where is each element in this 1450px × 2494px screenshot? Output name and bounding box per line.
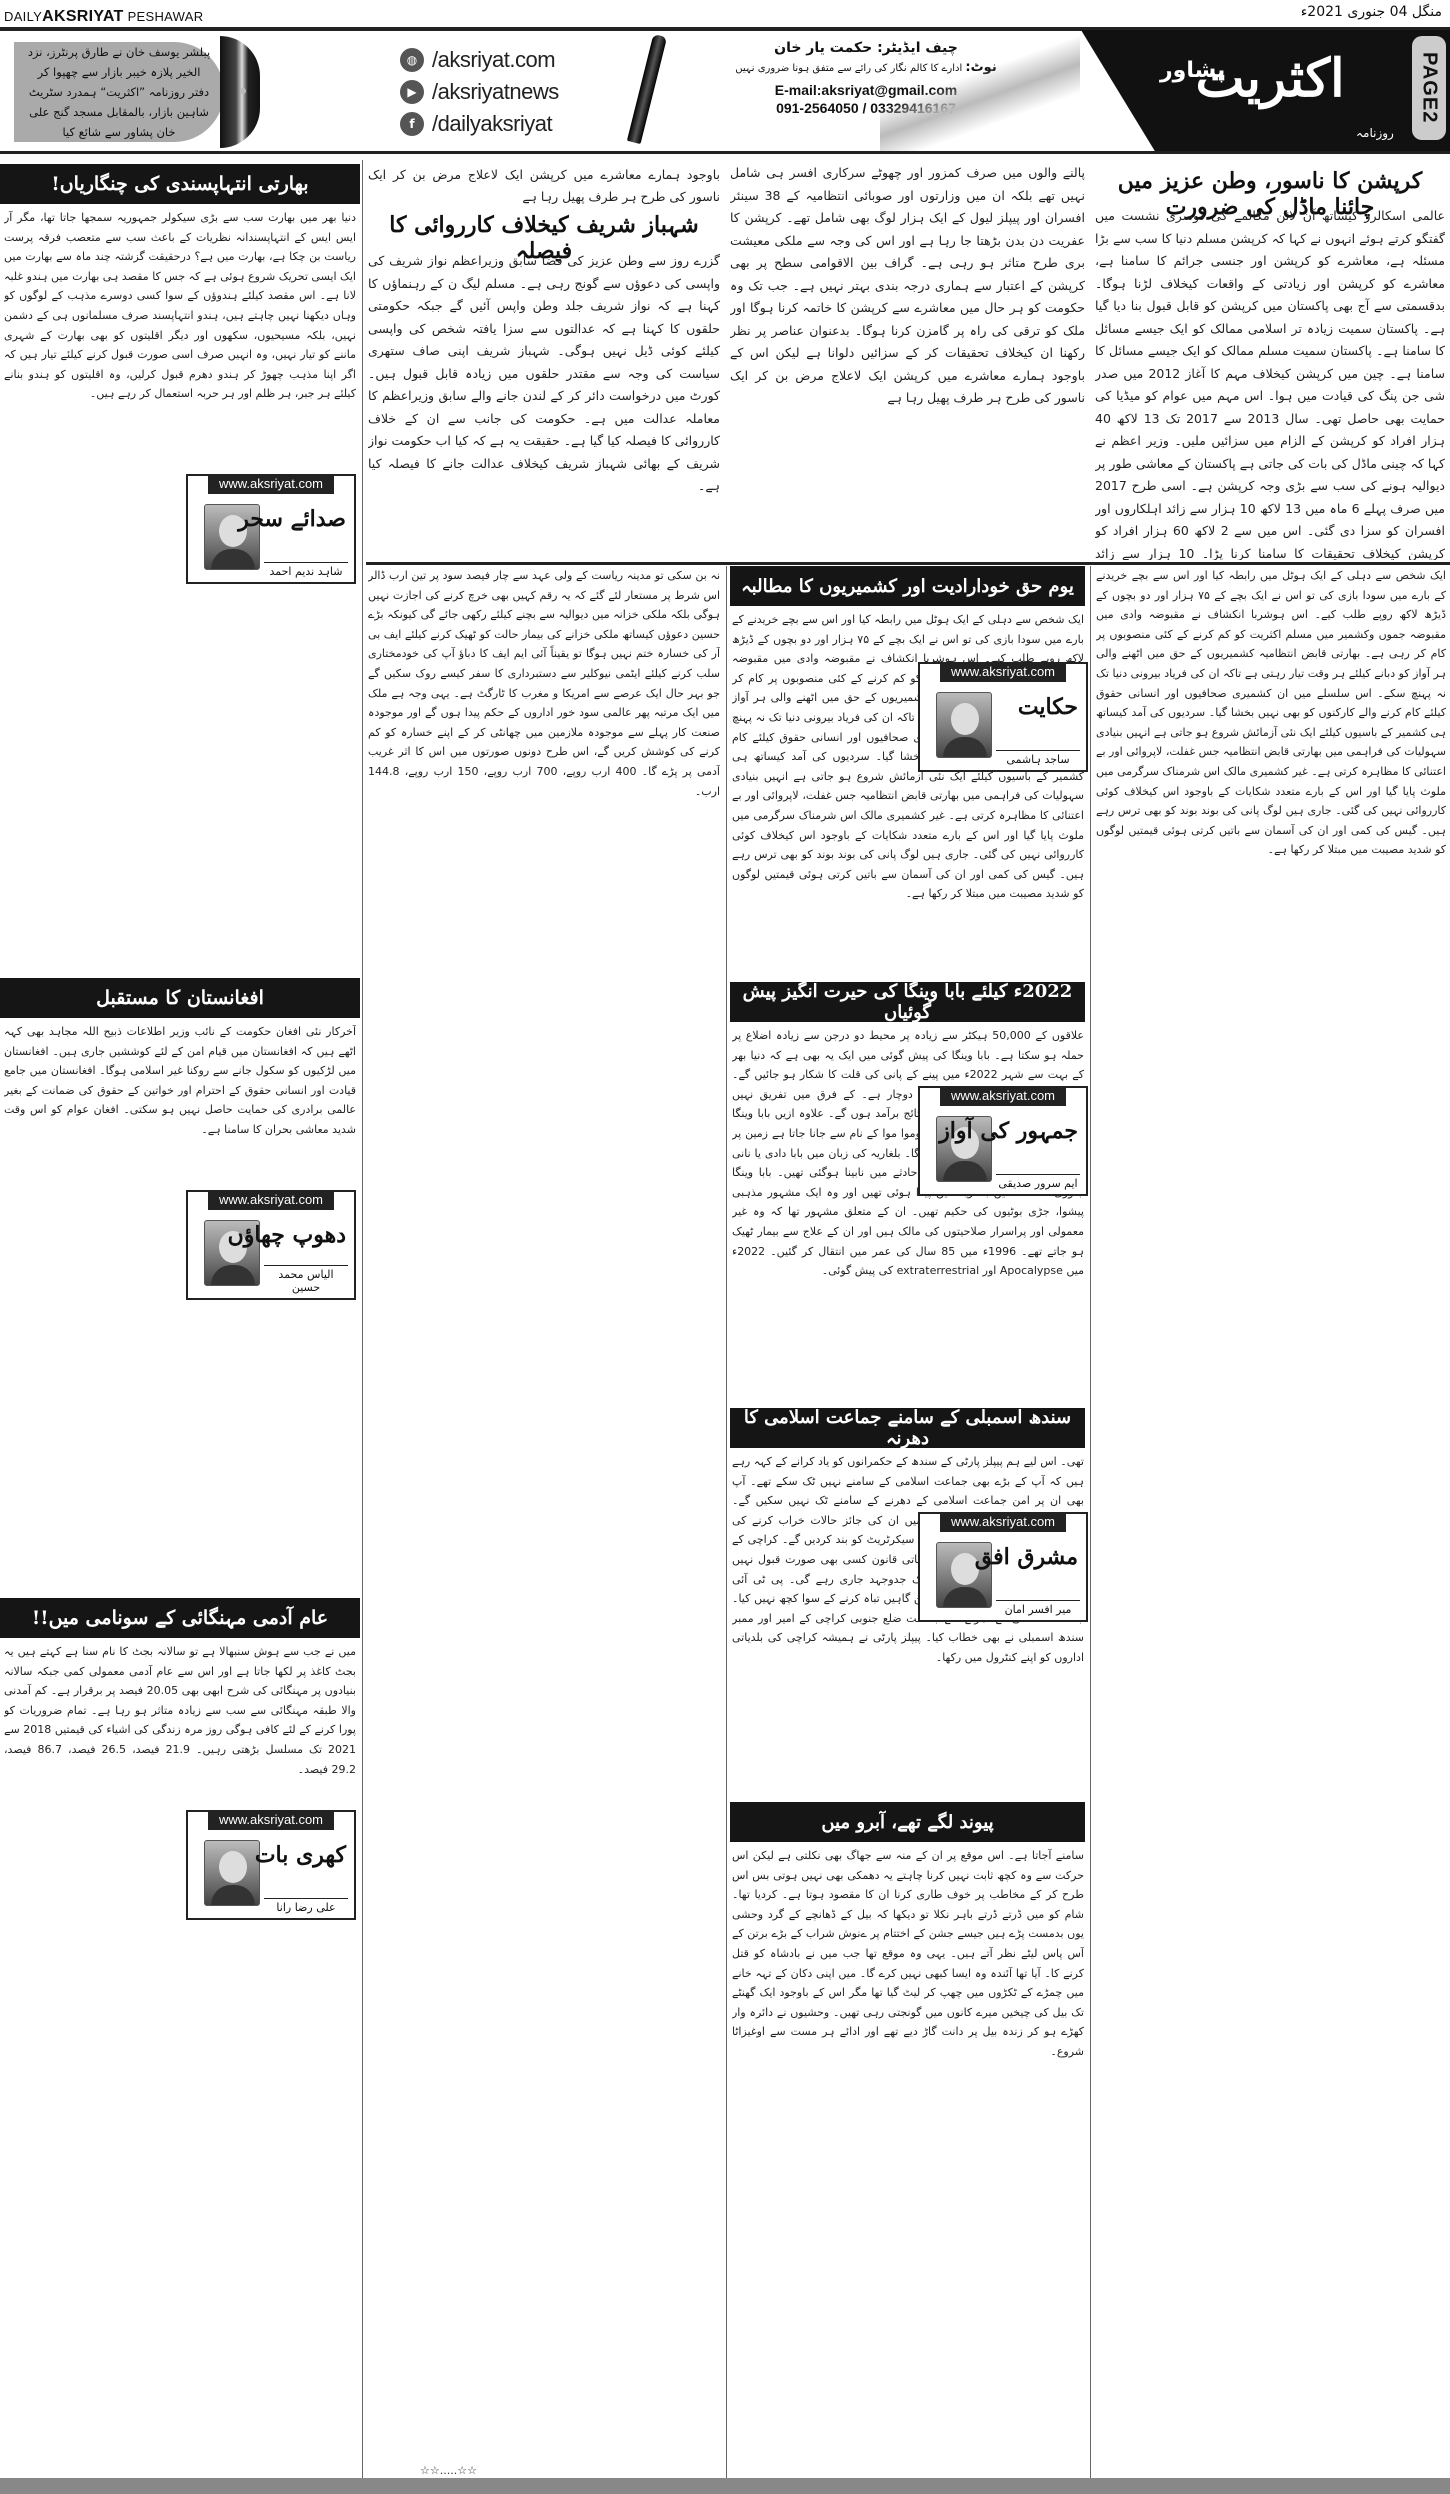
inflation-body: میں نے جب سے ہوش سنبھالا ہے تو سالانہ بج… bbox=[4, 1642, 356, 2476]
section-divider bbox=[366, 562, 1450, 565]
columnist-box-baba-vanga: www.aksriyat.com جمہور کی آواز ایم سرور … bbox=[918, 1086, 1088, 1196]
columnist-photo bbox=[936, 692, 992, 758]
end-mark: ☆☆.....☆☆ bbox=[420, 2464, 477, 2477]
disc-decoration bbox=[220, 36, 260, 148]
brand-city: پشاور bbox=[1160, 58, 1225, 83]
columnist-url: www.aksriyat.com bbox=[940, 1512, 1066, 1532]
columnist-box-inflation: www.aksriyat.com کھری بات علی رضا رانا bbox=[186, 1810, 356, 1920]
bottom-band bbox=[0, 2478, 1450, 2494]
social-link-youtube[interactable]: ▶ /aksriyatnews bbox=[400, 76, 600, 108]
columnist-photo bbox=[204, 1840, 260, 1906]
column-name: کھری بات bbox=[255, 1842, 346, 1868]
issue-date: منگل 04 جنوری 2021ء bbox=[1301, 4, 1442, 20]
patches-body: سامنے آجاتا ہے۔ اس موقع پر ان کے منہ سے … bbox=[732, 1846, 1084, 2476]
social-link-facebook[interactable]: f /dailyaksriyat bbox=[400, 108, 600, 140]
columnist-url: www.aksriyat.com bbox=[208, 474, 334, 494]
editorial-column-1: عالمی اسکالرز کیساتھ آن لائن مکالمے کی د… bbox=[1095, 205, 1445, 560]
columnist-author: الیاس محمد حسین bbox=[264, 1265, 348, 1294]
right-continuation-body: ایک شخص سے دہلی کے ایک ہوٹل میں رابطہ کی… bbox=[1096, 566, 1446, 2476]
editorial-column-2: پالنے والوں میں صرف کمزور اور چھوٹے سرکا… bbox=[730, 162, 1085, 560]
masthead-brand: AKSRIYAT bbox=[42, 8, 124, 25]
columnist-author: شاہد ندیم احمد bbox=[264, 562, 348, 578]
column-divider bbox=[362, 160, 363, 2478]
column-divider bbox=[1090, 566, 1091, 2478]
shahbaz-body: گزرے روز سے وطن عزیز کی فضا سابق وزیراعظ… bbox=[368, 250, 720, 558]
section-headline-baba-vanga: 2022ء کیلئے بابا وینگا کی حیرت انگیز پیش… bbox=[730, 982, 1085, 1022]
brand-daily: روزنامہ bbox=[1356, 126, 1394, 140]
sindh-body: تھی۔ اس لیے ہم پیپلز پارٹی کے سندھ کے حک… bbox=[732, 1452, 1084, 1792]
social-link-website[interactable]: ◍ /aksriyat.com bbox=[400, 44, 600, 76]
social-links: ◍ /aksriyat.com ▶ /aksriyatnews f /daily… bbox=[400, 44, 600, 140]
section-headline-indian-extremism: بھارتی انتہاپسندی کی چنگاریاں! bbox=[0, 164, 360, 204]
column-divider bbox=[726, 566, 727, 2478]
section-headline-sindh: سندھ اسمبلی کے سامنے جماعت اسلامی کا دھر… bbox=[730, 1408, 1085, 1448]
editorial-column-3: باوجود ہمارے معاشرے میں کرپشن ایک لاعلاج… bbox=[368, 164, 720, 208]
imf-body: نہ بن سکی تو مدینہ ریاست کے ولی عہد سے چ… bbox=[368, 566, 720, 2416]
top-bar: DAILYAKSRIYAT PESHAWAR منگل 04 جنوری 202… bbox=[0, 0, 1450, 28]
column-name: صدائے سحر bbox=[238, 506, 346, 532]
columnist-box-sindh: www.aksriyat.com مشرق افق میر افسر امان bbox=[918, 1512, 1088, 1622]
brand-swoosh bbox=[880, 30, 1080, 151]
column-name: جمہور کی آواز bbox=[939, 1118, 1078, 1144]
columnist-author: علی رضا رانا bbox=[264, 1898, 348, 1914]
newspaper-header: پبلشر یوسف خان نے طارق پرنٹرز، نزد الخیر… bbox=[0, 30, 1450, 154]
columnist-url: www.aksriyat.com bbox=[208, 1810, 334, 1830]
column-name: دھوپ چھاؤں bbox=[228, 1222, 346, 1248]
globe-icon: ◍ bbox=[400, 48, 424, 72]
section-headline-afghanistan: افغانستان کا مستقبل bbox=[0, 978, 360, 1018]
column-name: مشرق افق bbox=[975, 1544, 1078, 1570]
section-headline-patches: پیوند لگے تھے، آبرو میں bbox=[730, 1802, 1085, 1842]
column-name: حکایت bbox=[1018, 694, 1078, 720]
columnist-box-kashmir: www.aksriyat.com حکایت ساجد ہاشمی bbox=[918, 662, 1088, 772]
columnist-box-indian-extremism: www.aksriyat.com صدائے سحر شاہد ندیم احم… bbox=[186, 474, 356, 584]
publisher-note: پبلشر یوسف خان نے طارق پرنٹرز، نزد الخیر… bbox=[14, 42, 224, 142]
baba-vanga-body: علاقوں کے 50,000 ہیکٹر سے زیادہ پر محیط … bbox=[732, 1026, 1084, 1396]
columnist-url: www.aksriyat.com bbox=[208, 1190, 334, 1210]
columnist-box-afghanistan: www.aksriyat.com دھوپ چھاؤں الیاس محمد ح… bbox=[186, 1190, 356, 1300]
columnist-url: www.aksriyat.com bbox=[940, 1086, 1066, 1106]
facebook-icon: f bbox=[400, 112, 424, 136]
pen-icon bbox=[627, 34, 667, 144]
section-headline-inflation: عام آدمی مہنگائی کے سونامی میں!! bbox=[0, 1598, 360, 1638]
youtube-icon: ▶ bbox=[400, 80, 424, 104]
afghanistan-body: آخرکار نئی افغان حکومت کے نائب وزیر اطلا… bbox=[4, 1022, 356, 1588]
columnist-author: ایم سرور صدیقی bbox=[996, 1174, 1080, 1190]
page-number-tag: PAGE2 bbox=[1412, 36, 1446, 140]
section-headline-kashmir: یوم حق خودارادیت اور کشمیریوں کا مطالبہ bbox=[730, 566, 1085, 606]
masthead-english: DAILYAKSRIYAT PESHAWAR bbox=[4, 8, 203, 26]
columnist-author: ساجد ہاشمی bbox=[996, 750, 1080, 766]
columnist-author: میر افسر امان bbox=[996, 1600, 1080, 1616]
columnist-url: www.aksriyat.com bbox=[940, 662, 1066, 682]
